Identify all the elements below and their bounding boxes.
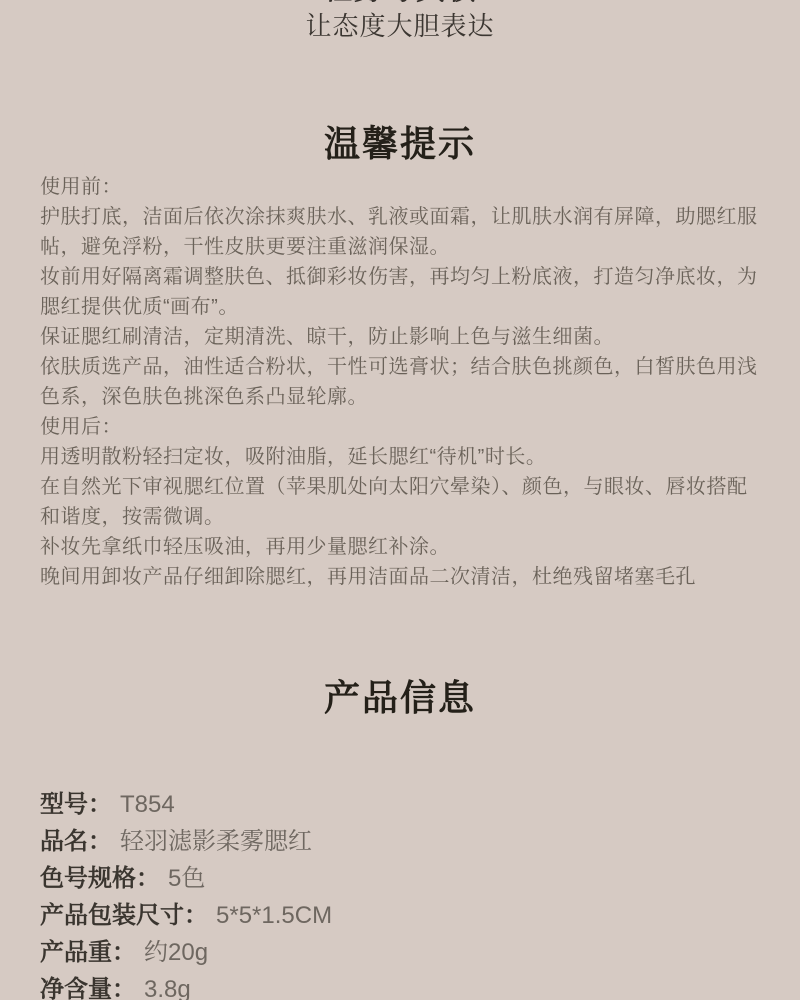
tips-paragraph: 用透明散粉轻扫定妆，吸附油脂，延长腮红“待机”时长。 xyxy=(40,442,762,472)
tips-paragraph: 保证腮红刷清洁，定期清洗、晾干，防止影响上色与滋生细菌。 xyxy=(40,322,762,352)
product-specs: 型号：T854 品名：轻羽滤影柔雾腮红 色号规格：5色 产品包装尺寸：5*5*1… xyxy=(40,786,760,1000)
spec-label: 色号规格： xyxy=(40,865,160,892)
tips-paragraph: 护肤打底，洁面后依次涂抹爽肤水、乳液或面霜，让肌肤水润有屏障，助腮红服帖，避免浮… xyxy=(40,202,762,262)
tips-body: 使用前： 护肤打底，洁面后依次涂抹爽肤水、乳液或面霜，让肌肤水润有屏障，助腮红服… xyxy=(40,172,762,592)
spec-row-name: 品名：轻羽滤影柔雾腮红 xyxy=(40,823,760,860)
slogan-line-clipped: 轻雾写真妆 xyxy=(0,0,800,6)
spec-row-package-size: 产品包装尺寸：5*5*1.5CM xyxy=(40,897,760,934)
tips-paragraph: 依肤质选产品，油性适合粉状，干性可选膏状；结合肤色挑颜色，白皙肤色用浅色系，深色… xyxy=(40,352,762,412)
spec-row-weight: 产品重：约20g xyxy=(40,934,760,971)
tips-paragraph-before-label: 使用前： xyxy=(40,172,762,202)
spec-label: 品名： xyxy=(40,828,112,855)
spec-value: T854 xyxy=(120,791,175,818)
spec-value: 3.8g xyxy=(144,976,191,1000)
tips-section-title: 温馨提示 xyxy=(0,126,800,162)
spec-row-net-content: 净含量：3.8g xyxy=(40,971,760,1000)
spec-row-model: 型号：T854 xyxy=(40,786,760,823)
spec-label: 净含量： xyxy=(40,976,136,1000)
spec-value: 5*5*1.5CM xyxy=(216,902,332,929)
spec-value: 约20g xyxy=(144,939,208,966)
spec-label: 产品包装尺寸： xyxy=(40,902,208,929)
tips-paragraph: 补妆先拿纸巾轻压吸油，再用少量腮红补涂。 xyxy=(40,532,762,562)
spec-row-shades: 色号规格：5色 xyxy=(40,860,760,897)
product-info-title: 产品信息 xyxy=(0,680,800,716)
tips-paragraph-after-label: 使用后： xyxy=(40,412,762,442)
product-detail-page: 轻雾写真妆 让态度大胆表达 温馨提示 使用前： 护肤打底，洁面后依次涂抹爽肤水、… xyxy=(0,0,800,1000)
slogan-line: 让态度大胆表达 xyxy=(0,13,800,39)
tips-paragraph: 在自然光下审视腮红位置（苹果肌处向太阳穴晕染）、颜色，与眼妆、唇妆搭配和谐度，按… xyxy=(40,472,762,532)
tips-paragraph: 晚间用卸妆产品仔细卸除腮红，再用洁面品二次清洁，杜绝残留堵塞毛孔 xyxy=(40,562,762,592)
tips-paragraph: 妆前用好隔离霜调整肤色、抵御彩妆伤害，再均匀上粉底液，打造匀净底妆，为腮红提供优… xyxy=(40,262,762,322)
spec-label: 产品重： xyxy=(40,939,136,966)
spec-value: 轻羽滤影柔雾腮红 xyxy=(120,828,312,855)
spec-value: 5色 xyxy=(168,865,205,892)
spec-label: 型号： xyxy=(40,791,112,818)
